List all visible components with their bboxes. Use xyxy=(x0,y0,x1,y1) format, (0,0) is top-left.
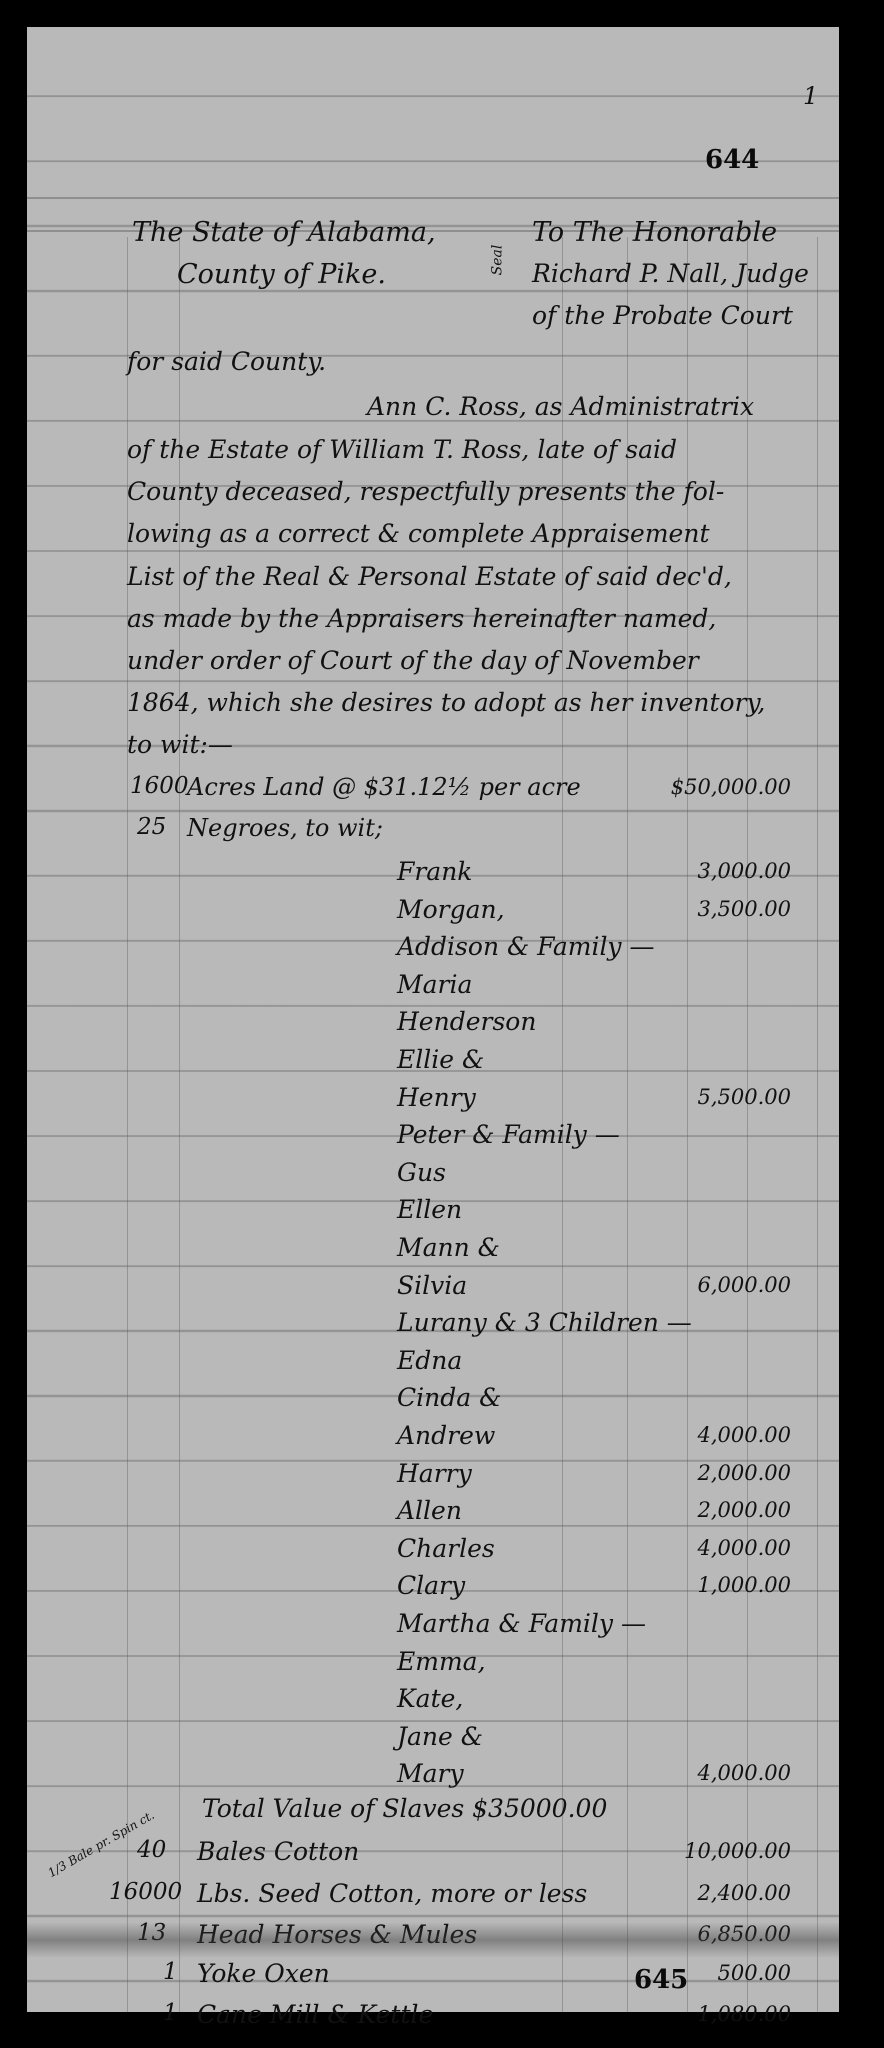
slave-name: Edna xyxy=(397,1346,462,1375)
slave-amount: 4,000.00 xyxy=(697,1761,791,1785)
page-stamp-top: 644 xyxy=(705,145,759,175)
page-stamp-bottom: 645 xyxy=(634,1965,688,1995)
body-line: under order of Court of the day of Novem… xyxy=(127,646,699,675)
slave-amount: 6,000.00 xyxy=(697,1273,791,1297)
slave-amount: 2,000.00 xyxy=(697,1498,791,1522)
goods-qty: 1 xyxy=(163,2000,178,2026)
slave-name: Peter & Family — xyxy=(397,1120,620,1149)
body-line: as made by the Appraisers hereinafter na… xyxy=(127,604,716,633)
goods-desc: Yoke Oxen xyxy=(197,1959,330,1988)
ledger-page: 1 644 The State of Alabama, County of Pi… xyxy=(27,27,839,2012)
body-line: of the Estate of William T. Ross, late o… xyxy=(127,435,677,464)
slave-amount: 1,000.00 xyxy=(697,1573,791,1597)
slave-name: Henry xyxy=(397,1083,476,1112)
slave-name: Ellen xyxy=(397,1195,462,1224)
addressee-line1: To The Honorable xyxy=(532,217,777,248)
goods-desc: Bales Cotton xyxy=(197,1837,359,1866)
slave-name: Kate, xyxy=(397,1684,463,1713)
water-stain xyxy=(27,1922,839,1958)
slave-name: Henderson xyxy=(397,1007,536,1036)
slave-name: Martha & Family — xyxy=(397,1609,646,1638)
goods-amount: 500.00 xyxy=(718,1961,791,1985)
slave-name: Gus xyxy=(397,1158,446,1187)
slave-name: Jane & xyxy=(397,1722,483,1751)
slaves-qty: 25 xyxy=(137,814,166,840)
slaves-desc: Negroes, to wit; xyxy=(187,814,383,842)
column-rule xyxy=(747,237,748,2012)
goods-amount: 2,400.00 xyxy=(697,1881,791,1905)
body-line: to wit:— xyxy=(127,730,233,759)
slave-name: Silvia xyxy=(397,1271,467,1300)
slave-name: Clary xyxy=(397,1571,465,1600)
slave-name: Cinda & xyxy=(397,1383,501,1412)
heading-state: The State of Alabama, xyxy=(132,217,436,248)
body-line: 1864, which she desires to adopt as her … xyxy=(127,688,765,717)
slave-name: Andrew xyxy=(397,1421,495,1450)
land-amount: $50,000.00 xyxy=(671,775,791,799)
folio-mark: 1 xyxy=(803,82,818,110)
seal-mark: Seal xyxy=(489,245,505,276)
column-rule xyxy=(817,237,818,2012)
slave-name: Harry xyxy=(397,1459,472,1488)
header-rule xyxy=(27,197,839,199)
addressee-line2: Richard P. Nall, Judge xyxy=(532,259,809,288)
heading-county: County of Pike. xyxy=(177,259,386,290)
addressee-line4: for said County. xyxy=(127,347,326,376)
goods-desc: Lbs. Seed Cotton, more or less xyxy=(197,1879,587,1908)
slave-name: Morgan, xyxy=(397,895,505,924)
slave-name: Addison & Family — xyxy=(397,932,655,961)
body-line: County deceased, respectfully presents t… xyxy=(127,477,724,506)
land-desc: Acres Land @ $31.12½ per acre xyxy=(187,773,581,801)
slave-amount: 3,500.00 xyxy=(697,897,791,921)
goods-qty: 1 xyxy=(163,1959,178,1985)
body-line: lowing as a correct & complete Appraisem… xyxy=(127,519,710,548)
slave-name: Mann & xyxy=(397,1233,500,1262)
slave-name: Mary xyxy=(397,1759,464,1788)
slave-name: Frank xyxy=(397,857,472,886)
slave-amount: 5,500.00 xyxy=(697,1085,791,1109)
slave-name: Lurany & 3 Children — xyxy=(397,1308,692,1337)
slave-amount: 2,000.00 xyxy=(697,1461,791,1485)
slave-name: Maria xyxy=(397,970,472,999)
goods-desc: Cane Mill & Kettle xyxy=(197,2000,433,2029)
slave-amount: 3,000.00 xyxy=(697,859,791,883)
goods-qty: 16000 xyxy=(109,1879,182,1905)
body-line: List of the Real & Personal Estate of sa… xyxy=(127,562,732,591)
addressee-line3: of the Probate Court xyxy=(532,301,793,330)
body-line: Ann C. Ross, as Administratrix xyxy=(367,392,754,421)
slave-name: Charles xyxy=(397,1534,495,1563)
goods-amount: 1,080.00 xyxy=(697,2002,791,2026)
slave-amount: 4,000.00 xyxy=(697,1536,791,1560)
land-qty: 1600 xyxy=(130,773,189,799)
slave-name: Ellie & xyxy=(397,1045,484,1074)
slave-name: Allen xyxy=(397,1496,462,1525)
slave-name: Emma, xyxy=(397,1647,486,1676)
total-slaves: Total Value of Slaves $35000.00 xyxy=(202,1794,607,1823)
goods-qty: 40 xyxy=(137,1837,166,1863)
slave-amount: 4,000.00 xyxy=(697,1423,791,1447)
goods-amount: 10,000.00 xyxy=(684,1839,791,1863)
